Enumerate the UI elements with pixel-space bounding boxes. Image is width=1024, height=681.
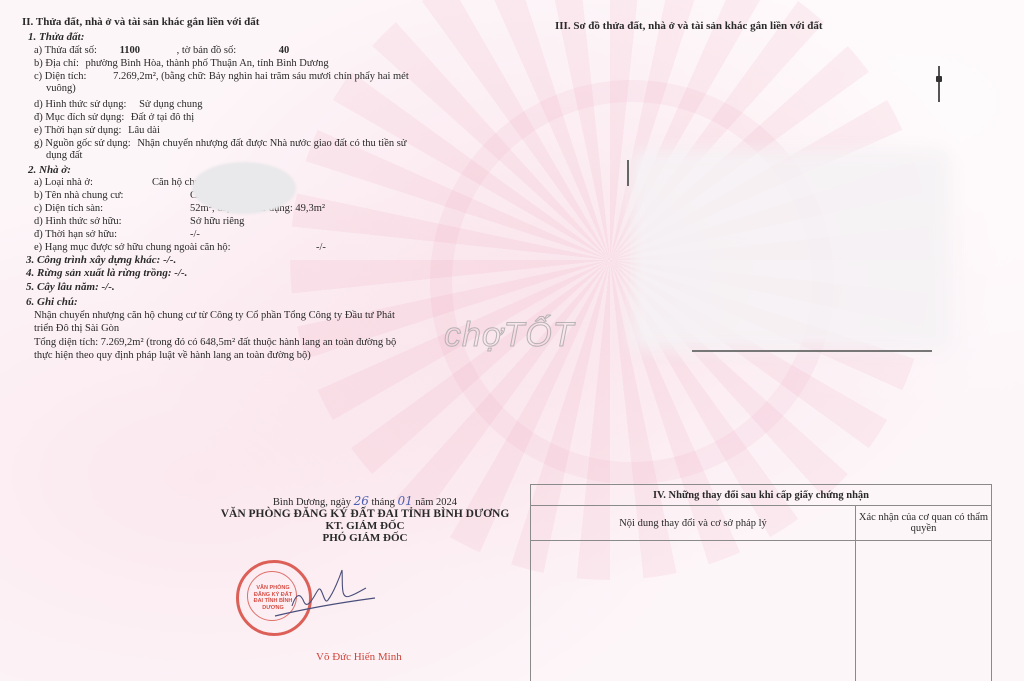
address-row: b) Địa chỉ: phường Bình Hòa, thành phố T… xyxy=(34,57,329,70)
signer-title-1: KT. GIÁM ĐỐC xyxy=(200,520,530,532)
area-row: c) Diện tích: 7.269,2m², (bằng chữ: Bảy … xyxy=(34,70,409,83)
shared-items-row: e) Hạng mục được sở hữu chung ngoài căn … xyxy=(34,241,326,254)
use-purpose-row: đ) Mục đích sử dụng: Đất ở tại đô thị xyxy=(34,111,194,124)
note-line: Tổng diện tích: 7.269,2m² (trong đó có 6… xyxy=(34,336,396,349)
origin-row-cont: dụng đất xyxy=(46,149,82,162)
area-row-cont: vuông) xyxy=(46,82,76,95)
land-heading: 1. Thửa đất: xyxy=(28,31,84,43)
map-sheet-number: 40 xyxy=(279,45,290,56)
signature-block: Bình Dương, ngày 26 tháng 01 năm 2024 VĂ… xyxy=(200,494,530,544)
privacy-blur-diagram xyxy=(630,150,950,350)
diagram-line xyxy=(692,350,932,352)
column-header-confirmation: Xác nhận của cơ quan có thẩm quyền xyxy=(856,506,992,541)
notes-heading: 6. Ghi chú: xyxy=(26,296,78,308)
issue-day: 26 xyxy=(354,494,369,508)
issue-month: 01 xyxy=(397,494,412,508)
note-line: thực hiện theo quy định pháp luật về hàn… xyxy=(34,349,311,362)
handwritten-signature-icon xyxy=(270,566,380,626)
signer-name: Võ Đức Hiến Minh xyxy=(316,651,402,663)
section-3-title: III. Sơ đồ thửa đất, nhà ở và tài sản kh… xyxy=(555,20,823,32)
ownership-term-row: đ) Thời hạn sở hữu:-/- xyxy=(34,228,200,241)
note-line: Nhận chuyển nhượng căn hộ chung cư từ Cô… xyxy=(34,309,395,322)
use-form-row: d) Hình thức sử dụng: Sử dụng chung xyxy=(34,98,203,111)
parcel-number-row: a) Thửa đất số: 1100 , tờ bản đồ số: 40 xyxy=(34,44,289,57)
issue-date: Bình Dương, ngày 26 tháng 01 năm 2024 xyxy=(200,494,530,508)
chotot-watermark: chợTỐT xyxy=(444,316,574,355)
changes-cell xyxy=(531,541,856,681)
ownership-row: d) Hình thức sở hữu:Sở hữu riêng xyxy=(34,215,244,228)
section-4-title: IV. Những thay đổi sau khi cấp giấy chứn… xyxy=(531,485,992,506)
house-heading: 2. Nhà ở: xyxy=(28,164,71,176)
production-forest: 4. Rừng sản xuất là rừng trồng: -/-. xyxy=(26,267,187,279)
note-line: triển Đô thị Sài Gòn xyxy=(34,322,119,335)
origin-row: g) Nguồn gốc sử dụng: Nhận chuyển nhượng… xyxy=(34,137,407,150)
perennial-trees: 5. Cây lâu năm: -/-. xyxy=(26,281,115,293)
changes-table: IV. Những thay đổi sau khi cấp giấy chứn… xyxy=(530,484,992,681)
privacy-blur-left xyxy=(192,162,296,214)
signer-title-2: PHÓ GIÁM ĐỐC xyxy=(200,532,530,544)
north-arrow-icon xyxy=(938,66,940,102)
other-construction: 3. Công trình xây dựng khác: -/-. xyxy=(26,254,176,266)
house-type-row: a) Loại nhà ở:Căn hộ chung c xyxy=(34,176,218,189)
confirmation-cell xyxy=(856,541,992,681)
diagram-line xyxy=(627,160,629,186)
section-2-title: II. Thửa đất, nhà ở và tài sản khác gắn … xyxy=(22,16,259,28)
parcel-number: 1100 xyxy=(120,45,140,56)
use-term-row: e) Thời hạn sử dụng: Lâu dài xyxy=(34,124,160,137)
issuing-office: VĂN PHÒNG ĐĂNG KÝ ĐẤT ĐAI TỈNH BÌNH DƯƠN… xyxy=(200,508,530,520)
column-header-changes: Nội dung thay đổi và cơ sở pháp lý xyxy=(531,506,856,541)
